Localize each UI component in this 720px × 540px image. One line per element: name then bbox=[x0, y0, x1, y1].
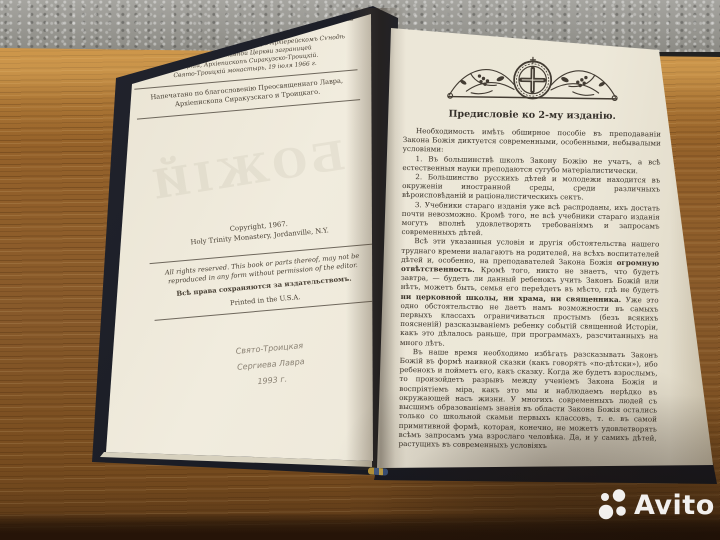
photo-scene: БОЖІЙ Печатать дозволяется. Предсѣдатель… bbox=[0, 0, 720, 540]
paragraph-4: 3. Учебники стараго изданія уже всѣ расп… bbox=[401, 200, 659, 240]
cross-icon bbox=[521, 69, 544, 92]
avito-logo-icon bbox=[596, 489, 629, 521]
right-page-content: Предисловіе ко 2-му изданію. Необходимос… bbox=[398, 54, 661, 452]
lavra-inscription: Свято-Троицкая Сергиева Лавра 1993 г. bbox=[145, 330, 396, 399]
avito-watermark: Avito bbox=[596, 489, 715, 521]
preface-title: Предисловіе ко 2-му изданію. bbox=[403, 108, 661, 123]
paragraph-3: 2. Большинство русскихъ дѣтей и молодежи… bbox=[402, 172, 660, 203]
bleed-through-text: БОЖІЙ bbox=[145, 132, 348, 209]
paragraph-6: Въ наше время необходимо избѣгать разска… bbox=[398, 347, 657, 452]
paragraph-1: Необходимость имѣть обширное пособіе въ … bbox=[403, 126, 661, 157]
paragraph-5: Всѣ эти указанныя условія и другія обсто… bbox=[400, 236, 660, 350]
headpiece-ornament bbox=[439, 55, 626, 108]
endband bbox=[368, 467, 388, 475]
avito-wordmark: Avito bbox=[634, 492, 715, 519]
